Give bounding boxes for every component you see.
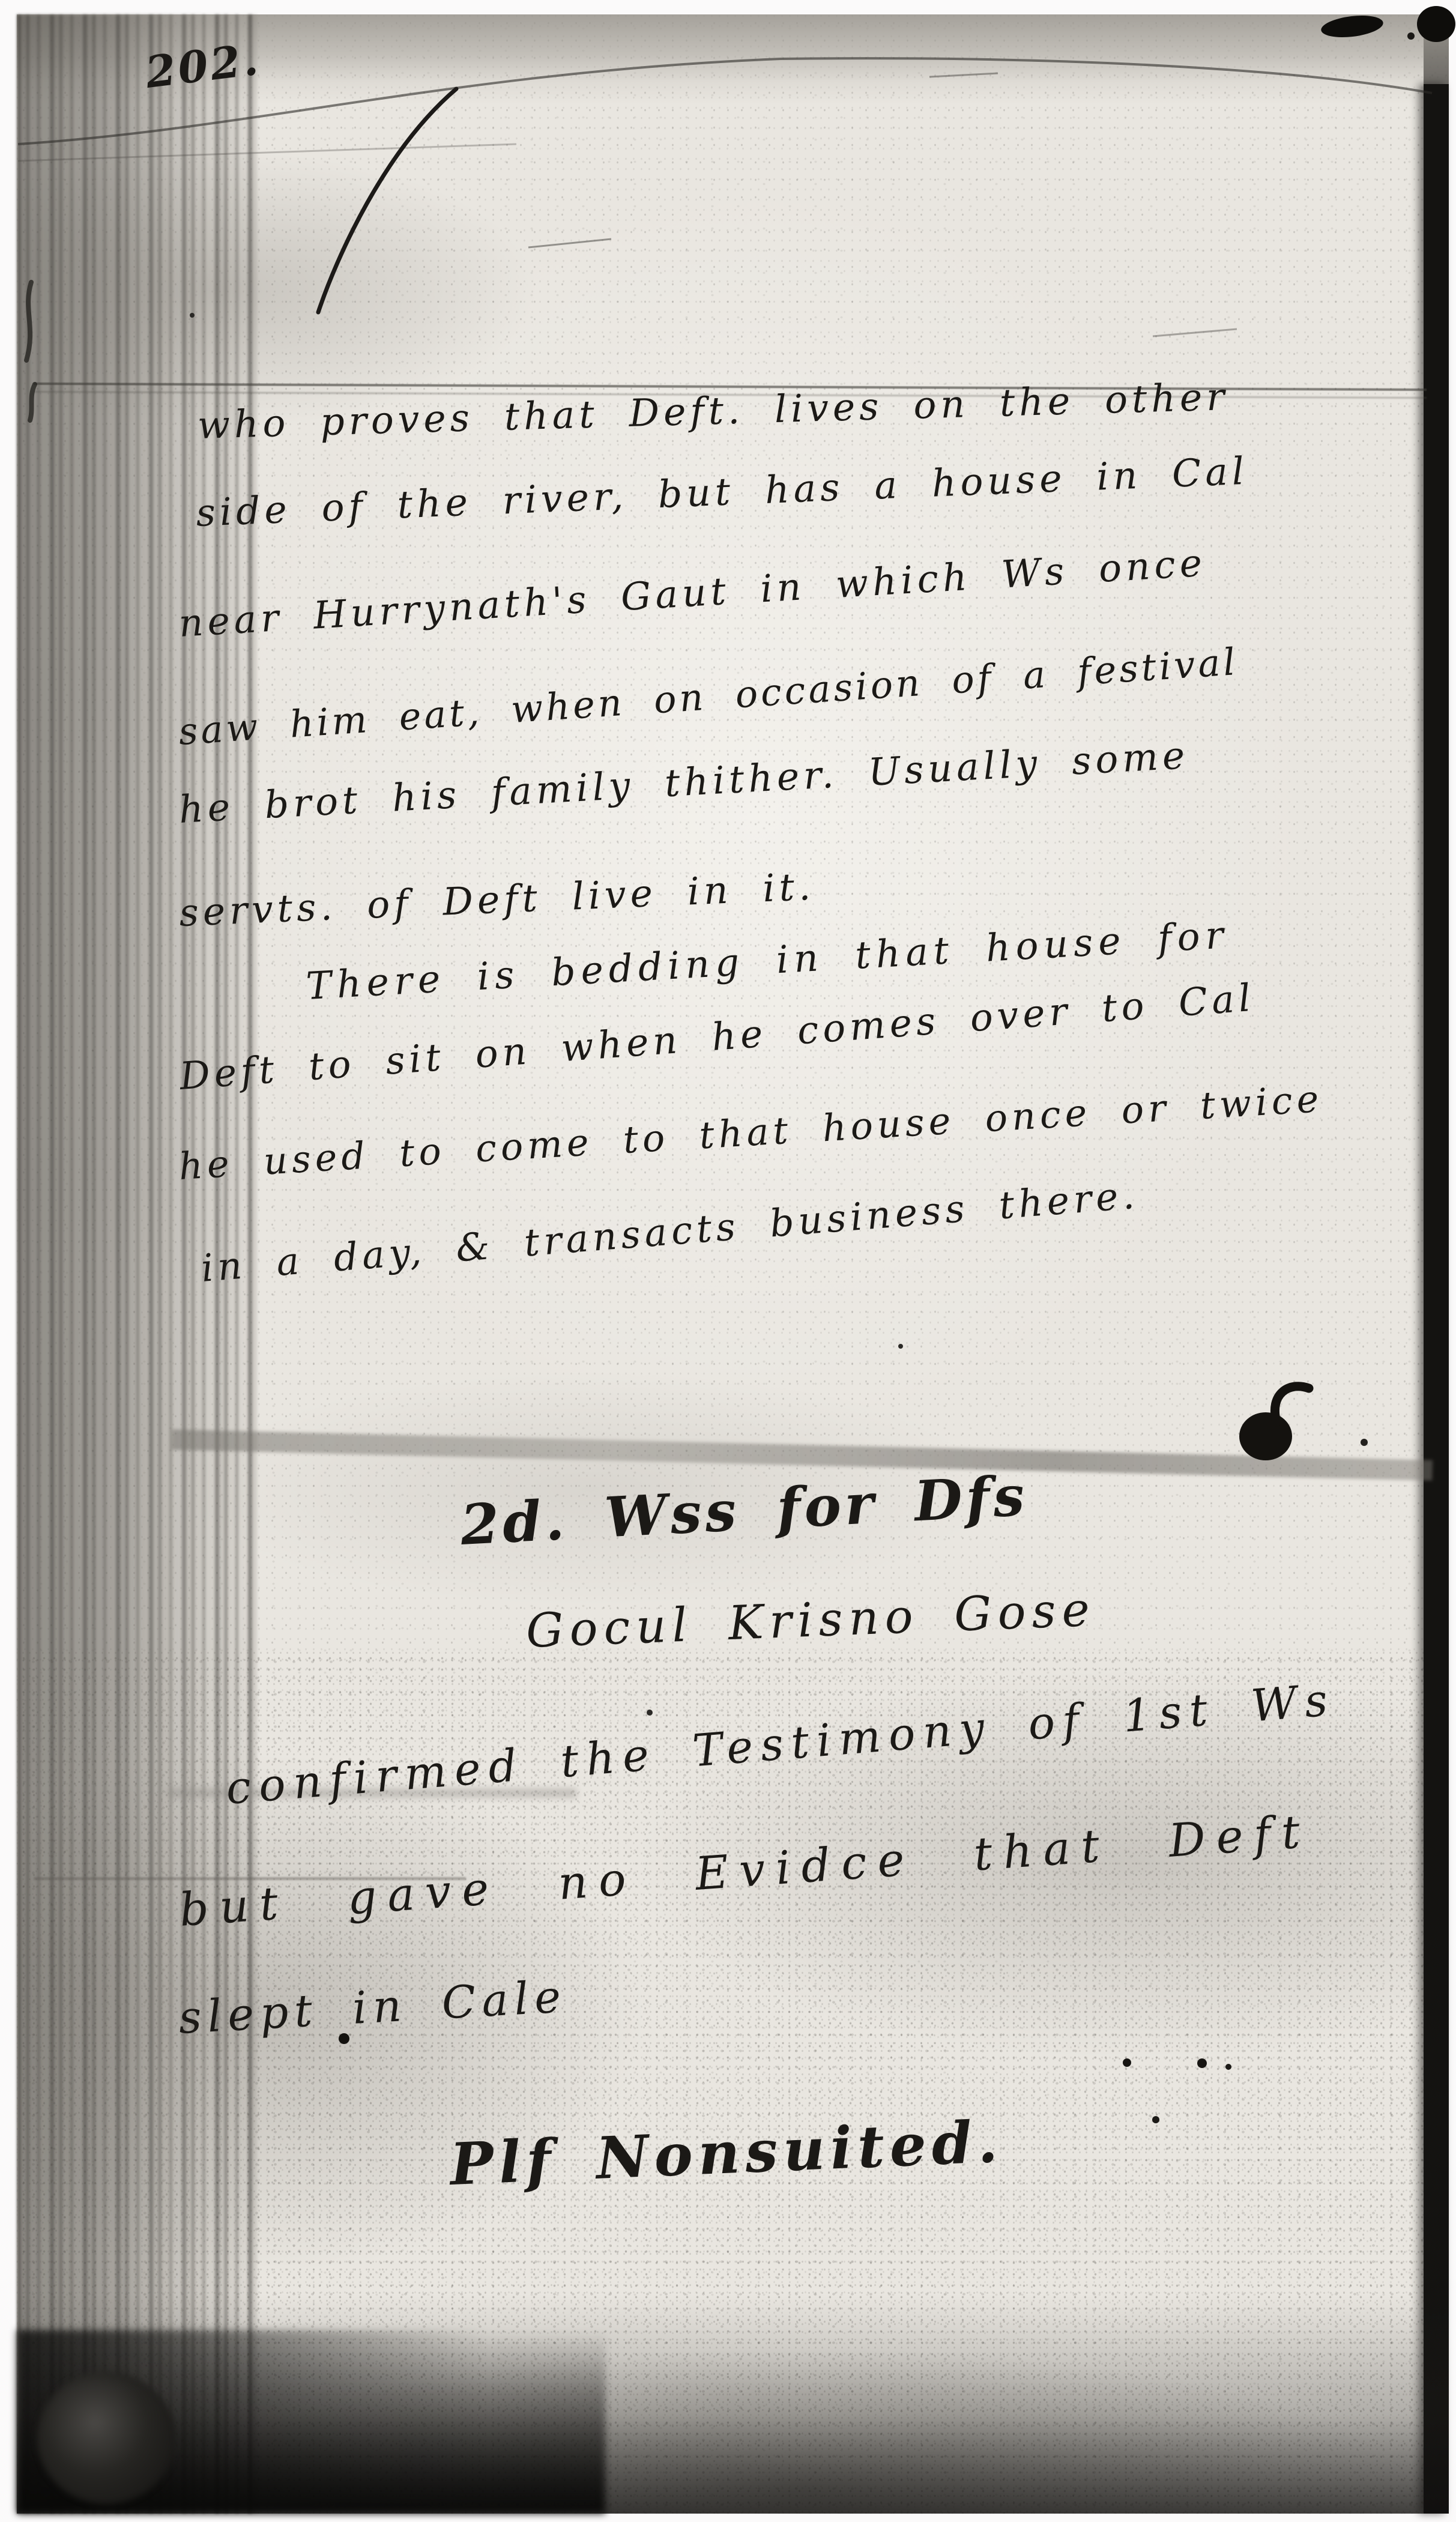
verdict-line: Plf Nonsuited. xyxy=(449,2108,1004,2198)
handwritten-line: but gave no Evidce that Deft xyxy=(178,1804,1313,1937)
ink-blot xyxy=(1239,1412,1292,1460)
ink-speck xyxy=(1197,2058,1207,2068)
ink-speck xyxy=(647,1710,653,1716)
handwritten-line: side of the river, but has a house in Ca… xyxy=(195,449,1249,535)
ink-blot-curl xyxy=(1275,1386,1309,1422)
handwritten-line: servts. of Deft live in it. xyxy=(178,865,815,935)
mid-page-smudge-line xyxy=(172,1429,1433,1480)
page-number: 202. xyxy=(143,33,263,98)
page-number-flourish xyxy=(318,89,456,312)
handwritten-line: in a day, & transacts business there. xyxy=(199,1173,1140,1290)
ink-blob-top xyxy=(1320,13,1384,40)
witness-section-heading: 2d. Wss for Dfs xyxy=(459,1463,1029,1558)
margin-squiggle xyxy=(26,282,35,420)
handwritten-line: he brot his family thither. Usually some xyxy=(178,733,1190,832)
ink-speck xyxy=(1361,1439,1368,1446)
ink-speck xyxy=(1152,2116,1159,2123)
ink-speck xyxy=(1407,32,1415,40)
handwritten-line: confirmed the Testimony of 1st Ws xyxy=(224,1674,1337,1815)
book-clamp-knob xyxy=(37,2372,175,2504)
right-scan-edge xyxy=(1424,84,1449,2514)
handwritten-line: near Hurrynath's Gaut in which Ws once xyxy=(178,540,1207,646)
scratch-mark xyxy=(929,73,998,77)
handwritten-line: slept in Cale xyxy=(177,1971,568,2044)
handwritten-line: he used to come to that house once or tw… xyxy=(178,1077,1324,1188)
handwritten-line: who proves that Deft. lives on the other xyxy=(197,375,1229,447)
ink-speck xyxy=(1123,2058,1131,2067)
witness-name: Gocul Krisno Gose xyxy=(525,1583,1097,1659)
page-edge-curve-faint xyxy=(18,144,516,161)
bottom-left-shadow xyxy=(17,2330,605,2514)
scratch-mark xyxy=(1153,329,1237,336)
scratch-mark xyxy=(528,239,611,247)
bottom-shadow xyxy=(17,2294,1449,2514)
ink-speck xyxy=(1225,2064,1231,2070)
ink-speck xyxy=(190,313,195,318)
manuscript-scan: 202. who proves that Deft. lives on the … xyxy=(0,0,1456,2522)
ink-blob-top-corner xyxy=(1417,6,1455,42)
handwritten-line: saw him eat, when on occasion of a festi… xyxy=(177,640,1239,754)
ink-speck xyxy=(898,1344,903,1349)
right-edge-gray xyxy=(1424,14,1449,92)
